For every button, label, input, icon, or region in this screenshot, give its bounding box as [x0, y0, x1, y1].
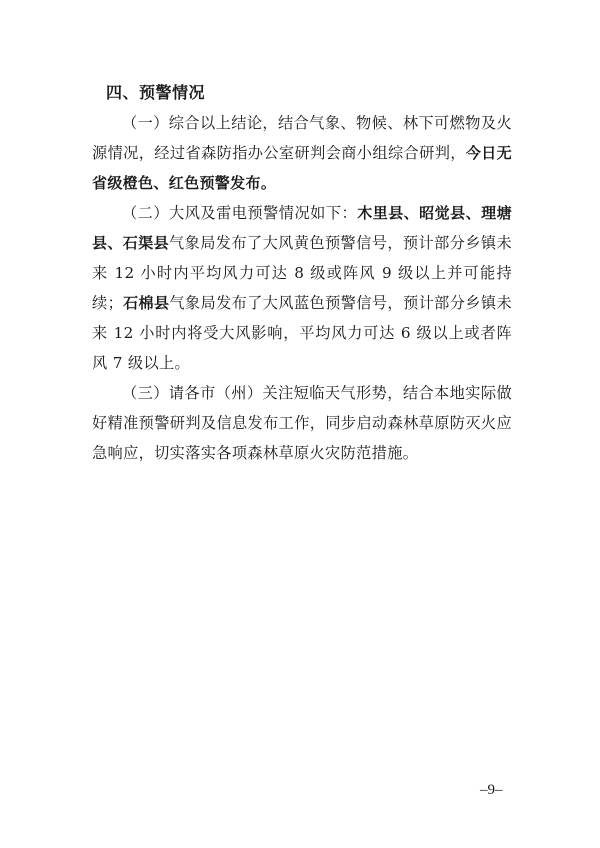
paragraph-2-county-blue: 石棉县	[123, 294, 169, 312]
paragraph-3: （三）请各市（州）关注短临天气形势，结合本地实际做好精准预警研判及信息发布工作，…	[92, 378, 512, 468]
paragraph-1-end: 。	[261, 174, 276, 192]
document-page: 四、预警情况 （一）综合以上结论，结合气象、物候、林下可燃物及火源情况，经过省森…	[92, 78, 512, 468]
paragraph-1-text: （一）综合以上结论，结合气象、物候、林下可燃物及火源情况，经过省森防指办公室研判…	[92, 114, 512, 162]
paragraph-3-text: （三）请各市（州）关注短临天气形势，结合本地实际做好精准预警研判及信息发布工作，…	[92, 384, 512, 462]
paragraph-1: （一）综合以上结论，结合气象、物候、林下可燃物及火源情况，经过省森防指办公室研判…	[92, 108, 512, 198]
paragraph-2-intro: （二）大风及雷电预警情况如下：	[122, 204, 357, 222]
section-heading: 四、预警情况	[92, 78, 512, 108]
page-number: –9–	[480, 782, 503, 799]
paragraph-2: （二）大风及雷电预警情况如下：木里县、昭觉县、理塘县、石渠县气象局发布了大风黄色…	[92, 198, 512, 378]
